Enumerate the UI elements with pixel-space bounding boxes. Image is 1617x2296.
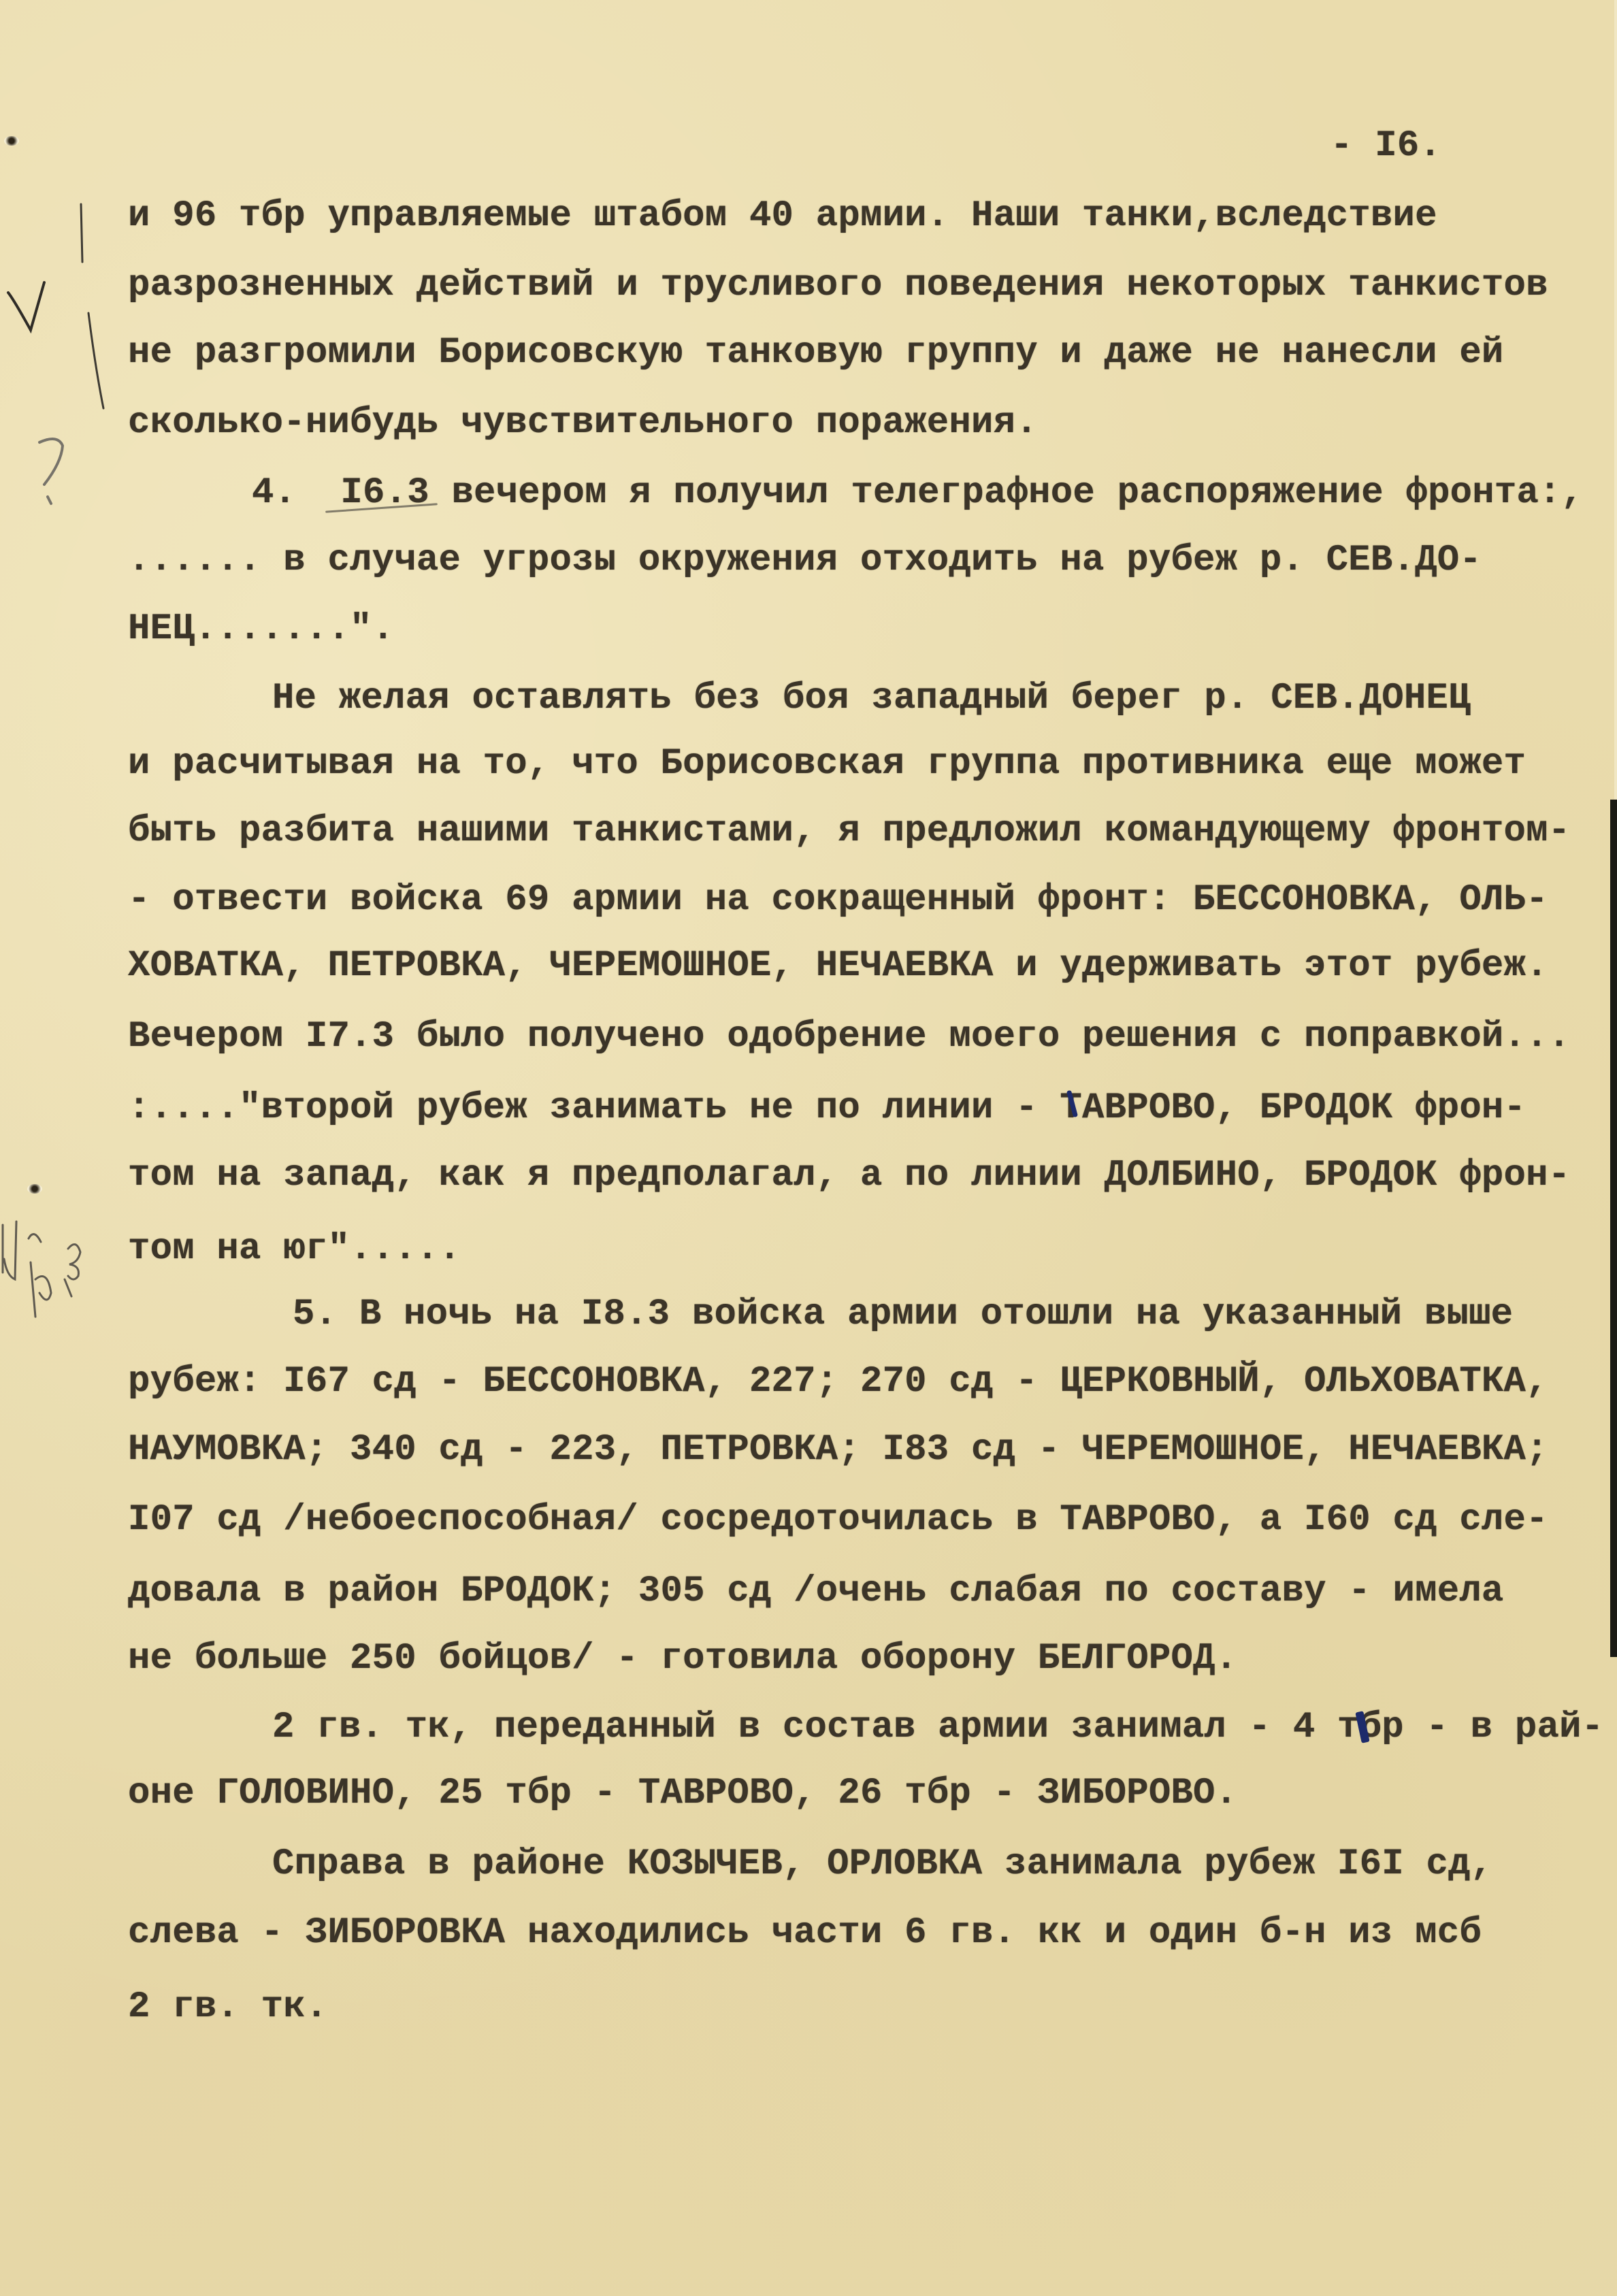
text-line: :...."второй рубеж занимать не по линии …	[128, 1090, 1526, 1127]
text-line: оне ГОЛОВИНО, 25 тбр - ТАВРОВО, 26 тбр -…	[128, 1775, 1237, 1812]
paper-hole	[4, 136, 19, 146]
text-line: рубеж: I67 сд - БЕССОНОВКА, 227; 270 сд …	[128, 1364, 1548, 1400]
text-line: не разгромили Борисовскую танковую групп…	[128, 335, 1504, 372]
text-line: том на запад, как я предполагал, а по ли…	[128, 1158, 1570, 1194]
text-line: довала в район БРОДОК; 305 сд /очень сла…	[128, 1573, 1504, 1610]
paragraph-start: Не желая оставлять без боя западный бере…	[272, 680, 1471, 717]
text-line: I07 сд /небоеспособная/ сосредоточилась …	[128, 1502, 1548, 1539]
text-line: и 96 тбр управляемые штабом 40 армии. На…	[128, 198, 1437, 235]
text-line: сколько-нибудь чувствительного поражения…	[128, 405, 1038, 442]
text-line: разрозненных действий и трусливого повед…	[128, 267, 1548, 304]
paragraph-start: Справа в районе КОЗЫЧЕВ, ОРЛОВКА занимал…	[272, 1846, 1492, 1883]
page-edge	[1614, 0, 1617, 800]
text-line: ...... в случае угрозы окружения отходит…	[128, 542, 1482, 579]
paper-hole	[27, 1184, 42, 1194]
text-line: не больше 250 бойцов/ - готовила оборону…	[128, 1641, 1237, 1677]
text-line: том на юг".....	[128, 1231, 461, 1268]
text-line: ХОВАТКА, ПЕТРОВКА, ЧЕРЕМОШНОЕ, НЕЧАЕВКА …	[128, 948, 1548, 985]
text-line: и расчитывая на то, что Борисовская груп…	[128, 746, 1526, 783]
page-number: - I6.	[1330, 128, 1441, 165]
text-line: 2 гв. тк.	[128, 1989, 327, 2026]
text-line: быть разбита нашими танкистами, я предло…	[128, 813, 1570, 850]
paragraph-4-start: 4. I6.3 вечером я получил телеграфное ра…	[252, 475, 1583, 512]
text-line: НАУМОВКА; 340 сд - 223, ПЕТРОВКА; I83 сд…	[128, 1432, 1548, 1469]
text-line: - отвести войска 69 армии на сокращенный…	[128, 882, 1548, 919]
text-line: слева - ЗИБОРОВКА находились части 6 гв.…	[128, 1915, 1482, 1952]
text-line: НЕЦ.......".	[128, 611, 394, 648]
paragraph-start: 2 гв. тк, переданный в состав армии зани…	[272, 1709, 1603, 1746]
paragraph-5-start: 5. В ночь на I8.3 войска армии отошли на…	[293, 1296, 1513, 1333]
scan-border-right	[1610, 800, 1617, 1657]
text-line: Вечером I7.3 было получено одобрение мое…	[128, 1019, 1570, 1055]
